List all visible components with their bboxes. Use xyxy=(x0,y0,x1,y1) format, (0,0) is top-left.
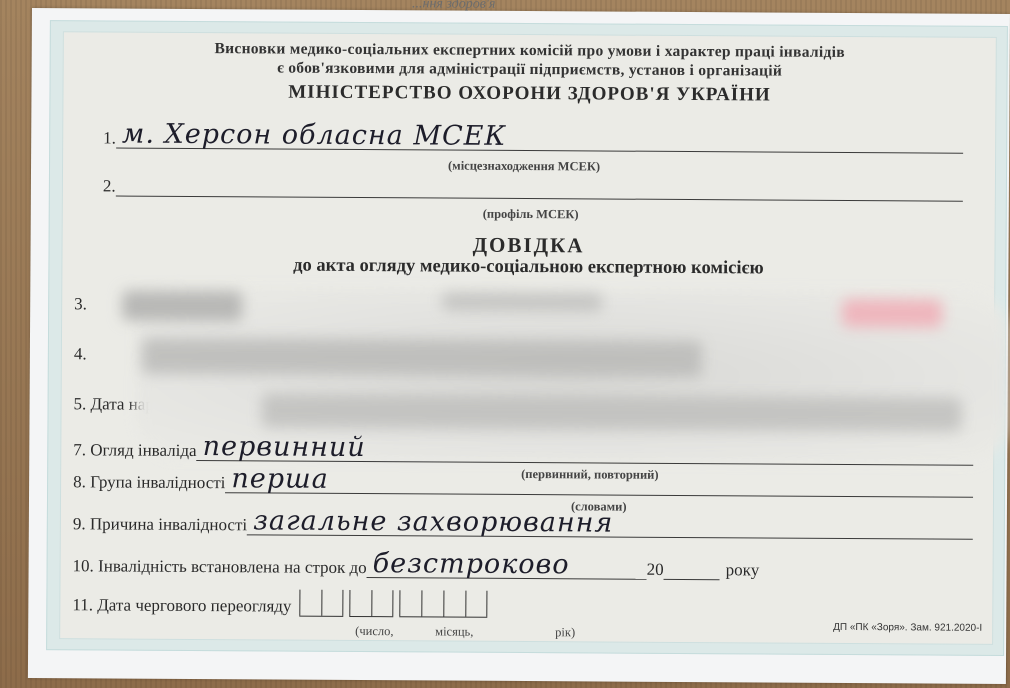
redacted-text xyxy=(142,338,702,377)
year-boxes[interactable] xyxy=(399,590,487,618)
field-8-group: 8. Група інвалідності перша xyxy=(73,468,973,497)
field-11-reexam-date: 11. Дата чергового переогляду xyxy=(72,588,493,618)
redacted-text xyxy=(442,293,602,312)
month-boxes[interactable] xyxy=(349,590,393,617)
field-8-line[interactable]: перша xyxy=(225,469,973,498)
field-10-label: 10. Інвалідність встановлена на строк до xyxy=(73,556,367,578)
field-1-line[interactable]: м. Херсон обласна МСЕК xyxy=(116,125,963,154)
field-7-handwritten-value: первинний xyxy=(203,431,366,463)
field-10-term: 10. Інвалідність встановлена на строк до… xyxy=(73,552,873,581)
redacted-text xyxy=(122,291,242,322)
field-9-line[interactable]: загальне захворювання xyxy=(247,511,973,539)
field-8-label: 8. Група інвалідності xyxy=(73,472,225,493)
field-1-handwritten-value: м. Херсон обласна МСЕК xyxy=(122,119,506,152)
guilloche-border: Висновки медико-соціальних експертних ко… xyxy=(46,20,1008,656)
document-subtitle: до акта огляду медико-соціальною експерт… xyxy=(62,254,994,281)
field-4-number: 4. xyxy=(74,344,87,364)
caption-day: (число, xyxy=(355,624,393,639)
redacted-text xyxy=(261,393,961,431)
field-10-year-suffix: року xyxy=(726,560,760,580)
field-9-label: 9. Причина інвалідності xyxy=(73,514,247,535)
field-10-year-line[interactable] xyxy=(664,556,720,580)
field-1-location: 1. м. Херсон обласна МСЕК xyxy=(103,124,963,153)
caption-year: рік) xyxy=(555,625,575,640)
field-1-caption: (місцезнаходження МСЕК) xyxy=(448,159,600,175)
field-7-examination: 7. Огляд інваліда первинний xyxy=(73,436,973,465)
field-8-handwritten-value: перша xyxy=(231,463,329,495)
field-7-label: 7. Огляд інваліда xyxy=(73,440,196,461)
certificate-sheet: ...ння здоров'я Висновки медико-соціальн… xyxy=(28,8,1010,684)
field-3-number: 3. xyxy=(74,294,87,314)
ministry-name: МІНІСТЕРСТВО ОХОРОНИ ЗДОРОВ'Я УКРАЇНИ xyxy=(63,80,995,108)
field-2-number: 2. xyxy=(103,176,116,196)
printer-imprint: ДП «ПК «Зоря». Зам. 921.2020-І xyxy=(833,622,982,634)
date-boxes xyxy=(299,590,493,618)
field-2-profile: 2. xyxy=(103,172,963,201)
form-body: Висновки медико-соціальних експертних ко… xyxy=(59,31,997,645)
header-notice: Висновки медико-соціальних експертних ко… xyxy=(64,38,996,82)
field-1-number: 1. xyxy=(103,128,116,148)
redacted-red-stamp xyxy=(842,299,942,328)
caption-month: місяць, xyxy=(435,624,473,639)
field-10-line[interactable]: безстроково xyxy=(367,554,647,580)
field-2-line[interactable] xyxy=(116,173,963,202)
field-9-handwritten-value: загальне захворювання xyxy=(253,505,613,538)
field-11-label: 11. Дата чергового переогляду xyxy=(72,595,291,616)
field-10-year-prefix: 20 xyxy=(647,560,664,580)
field-10-handwritten-value: безстроково xyxy=(373,548,570,580)
field-7-line[interactable]: первинний xyxy=(197,437,974,466)
day-boxes[interactable] xyxy=(299,590,343,617)
previous-sheet-text: ...ння здоров'я xyxy=(412,0,495,13)
field-2-caption: (профіль МСЕК) xyxy=(483,207,579,223)
field-9-cause: 9. Причина інвалідності загальне захворю… xyxy=(73,510,973,539)
